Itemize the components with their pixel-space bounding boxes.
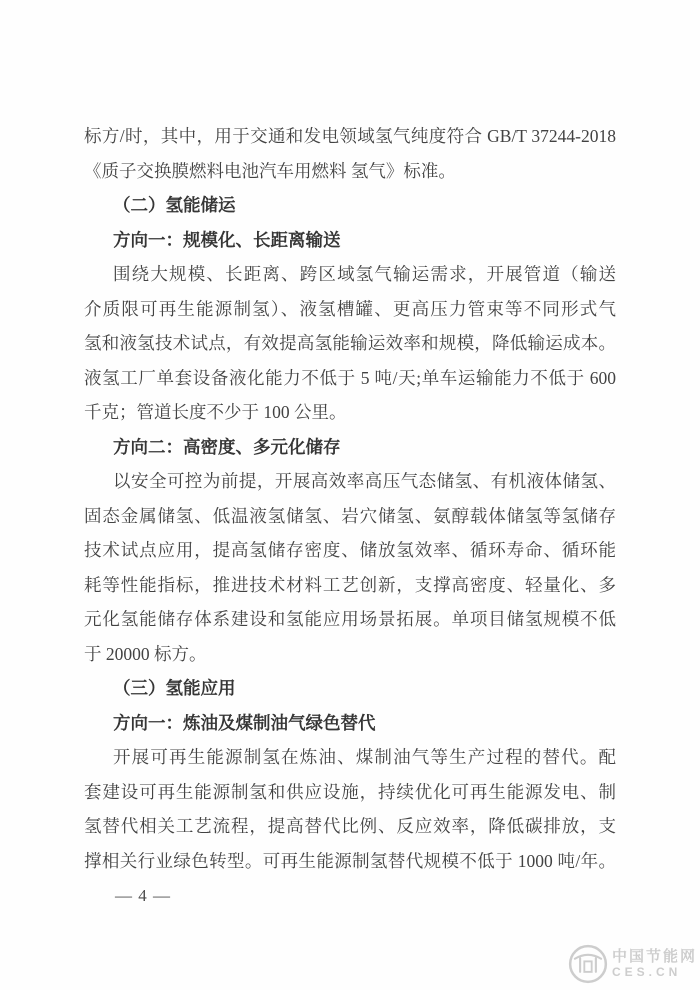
paragraph-line: 氢替代相关工艺流程，提高替代比例、反应效率，降低碳排放，支	[84, 809, 616, 844]
watermark-domain: CES.CN	[612, 966, 697, 979]
watermark: 中国节能网 CES.CN	[567, 943, 697, 985]
ces-logo-icon	[567, 943, 609, 985]
page-number: — 4 —	[115, 886, 171, 906]
subheading-line: 方向一：规模化、长距离输送	[84, 223, 616, 258]
paragraph-line: 千克；管道长度不少于 100 公里。	[84, 395, 616, 430]
document-page: 标方/时，其中，用于交通和发电领域氢气纯度符合 GB/T 37244-2018《…	[0, 0, 700, 990]
paragraph-line: 氢和液氢技术试点，有效提高氢能输运效率和规模，降低输运成本。	[84, 326, 616, 361]
heading-line: （二）氢能储运	[84, 188, 616, 223]
paragraph-line: 以安全可控为前提，开展高效率高压气态储氢、有机液体储氢、	[84, 464, 616, 499]
paragraph-line: 元化氢能储存体系建设和氢能应用场景拓展。单项目储氢规模不低	[84, 602, 616, 637]
paragraph-line: 套建设可再生能源制氢和供应设施，持续优化可再生能源发电、制	[84, 775, 616, 810]
continuation-line: 标方/时，其中，用于交通和发电领域氢气纯度符合 GB/T 37244-2018	[84, 119, 616, 154]
paragraph-line: 固态金属储氢、低温液氢储氢、岩穴储氢、氨醇载体储氢等氢储存	[84, 499, 616, 534]
paragraph-line: 耗等性能指标，推进技术材料工艺创新，支撑高密度、轻量化、多	[84, 568, 616, 603]
continuation-line: 《质子交换膜燃料电池汽车用燃料 氢气》标准。	[84, 154, 616, 189]
subheading-line: 方向二：高密度、多元化储存	[84, 430, 616, 465]
watermark-site-name: 中国节能网	[612, 949, 697, 966]
paragraph-line: 介质限可再生能源制氢）、液氢槽罐、更高压力管束等不同形式气	[84, 292, 616, 327]
paragraph-line: 液氢工厂单套设备液化能力不低于 5 吨/天;单车运输能力不低于 600	[84, 361, 616, 396]
subheading-line: 方向一：炼油及煤制油气绿色替代	[84, 706, 616, 741]
paragraph-line: 围绕大规模、长距离、跨区域氢气输运需求，开展管道（输送	[84, 257, 616, 292]
paragraph-line: 撑相关行业绿色转型。可再生能源制氢替代规模不低于 1000 吨/年。	[84, 844, 616, 879]
paragraph-line: 技术试点应用，提高氢储存密度、储放氢效率、循环寿命、循环能	[84, 533, 616, 568]
paragraph-line: 开展可再生能源制氢在炼油、煤制油气等生产过程的替代。配	[84, 740, 616, 775]
document-body: 标方/时，其中，用于交通和发电领域氢气纯度符合 GB/T 37244-2018《…	[84, 119, 616, 878]
heading-line: （三）氢能应用	[84, 671, 616, 706]
paragraph-line: 于 20000 标方。	[84, 637, 616, 672]
watermark-text: 中国节能网 CES.CN	[612, 949, 697, 979]
